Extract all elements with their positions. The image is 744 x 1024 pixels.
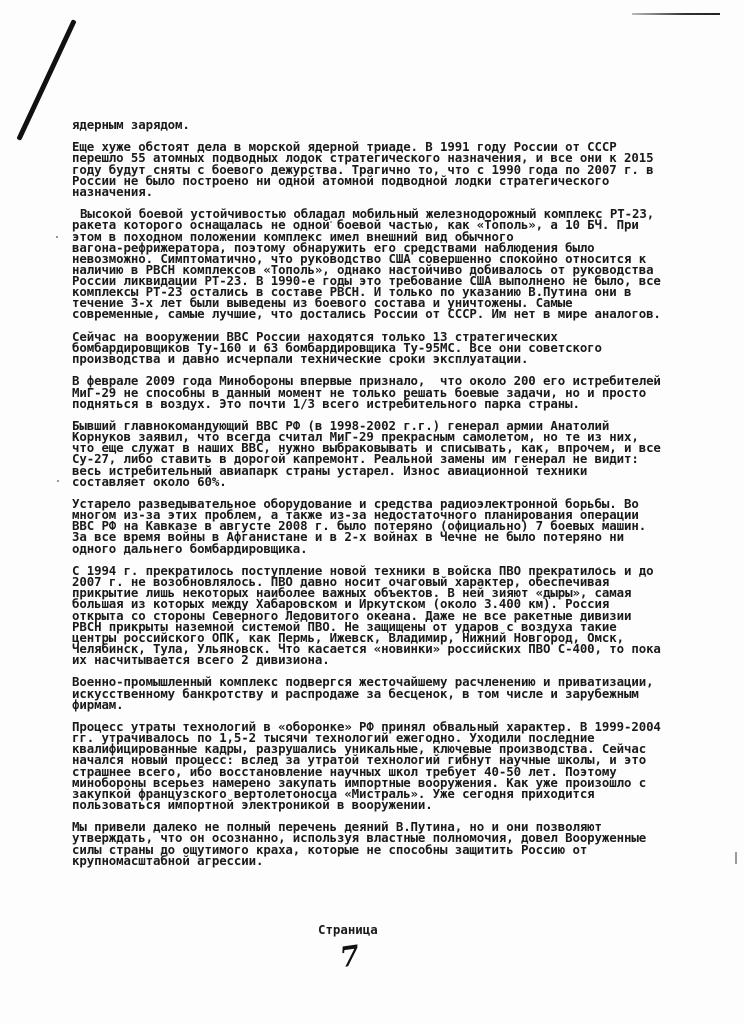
text-line: производства и давно исчерпали техническ…	[72, 353, 744, 364]
handwritten-page-number: 7	[338, 939, 362, 974]
text-line: искусственному банкротству и распродаже …	[72, 688, 744, 699]
paragraph: Устарело разведывательное оборудование и…	[72, 498, 744, 554]
paragraph: Высокой боевой устойчивостью обладал моб…	[72, 208, 744, 319]
paragraph: Еще хуже обстоят дела в морской ядерной …	[72, 141, 744, 197]
paragraph: Мы привели далеко не полный перечень дея…	[72, 821, 744, 866]
scan-speck	[330, 221, 332, 223]
top-rule-mark	[632, 13, 720, 15]
scan-artifact	[735, 852, 737, 864]
text-line: современные, самые лучшие, что достались…	[72, 308, 744, 319]
scan-speck	[56, 236, 58, 238]
paragraph: ядерным зарядом.	[72, 119, 744, 130]
page-footer-label: Страница	[318, 922, 378, 937]
document-body: ядерным зарядом.Еще хуже обстоят дела в …	[72, 119, 744, 877]
text-line: одного дальнего бомбардировщика.	[72, 543, 744, 554]
paragraph: В феврале 2009 года Минобороны впервые п…	[72, 375, 744, 408]
paragraph: Бывший главнокомандующий ВВС РФ (в 1998-…	[72, 420, 744, 487]
handwritten-slash-mark	[16, 19, 76, 141]
scanned-page: ядерным зарядом.Еще хуже обстоят дела в …	[0, 0, 744, 1024]
paragraph: С 1994 г. прекратилось поступление новой…	[72, 565, 744, 665]
scan-speck	[57, 480, 59, 482]
scan-speck	[191, 748, 193, 750]
scan-speck	[598, 567, 600, 569]
paragraph: Военно-промышленный комплекс подвергся ж…	[72, 676, 744, 709]
text-line: пользоваться импортной электроникой в во…	[72, 799, 744, 810]
text-line: ядерным зарядом.	[72, 119, 744, 130]
paragraph: Процесс утраты технологий в «оборонке» Р…	[72, 721, 744, 810]
paragraph: Сейчас на вооружении ВВС России находятс…	[72, 331, 744, 364]
